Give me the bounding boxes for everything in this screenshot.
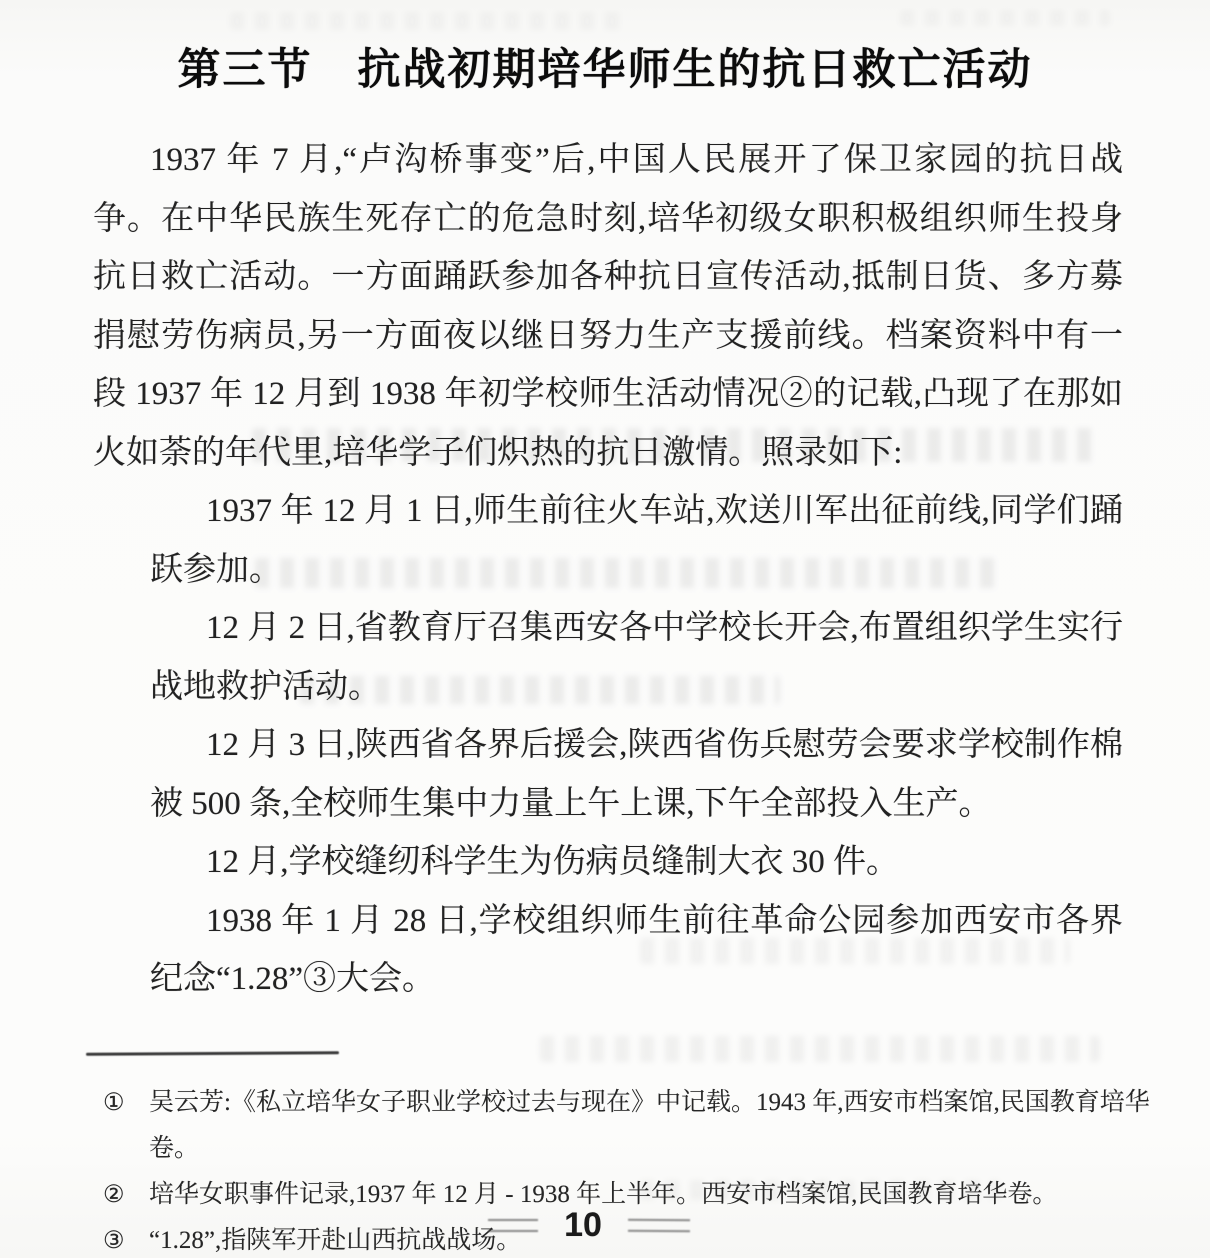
bleed-through-artifact bbox=[540, 1036, 1100, 1062]
page-number-ornament-right bbox=[628, 1219, 690, 1232]
footnote-1: ① 吴云芳:《私立培华女子职业学校过去与现在》中记载。1943 年,西安市档案馆… bbox=[103, 1080, 1153, 1172]
intro-paragraph: 1937 年 7 月,“卢沟桥事变”后,中国人民展开了保卫家园的抗日战争。在中华… bbox=[93, 131, 1123, 482]
scanned-book-page: 第三节 抗战初期培华师生的抗日救亡活动 1937 年 7 月,“卢沟桥事变”后,… bbox=[0, 0, 1210, 1258]
footnote-marker-1: ① bbox=[103, 1080, 149, 1126]
record-paragraph-3: 12 月 3 日,陕西省各界后援会,陕西省伤兵慰劳会要求学校制作棉被 500 条… bbox=[150, 716, 1123, 833]
footnote-text-1: 吴云芳:《私立培华女子职业学校过去与现在》中记载。1943 年,西安市档案馆,民… bbox=[149, 1080, 1153, 1172]
page-footer: 10 bbox=[0, 1206, 1194, 1245]
record-paragraph-2: 12 月 2 日,省教育厅召集西安各中学校长开会,布置组织学生实行战地救护活动。 bbox=[150, 599, 1123, 716]
bleed-through-artifact bbox=[230, 12, 630, 30]
bleed-through-artifact bbox=[900, 10, 1110, 26]
record-paragraph-1: 1937 年 12 月 1 日,师生前往火车站,欢送川军出征前线,同学们踊跃参加… bbox=[150, 482, 1123, 599]
page-number-ornament-left bbox=[488, 1219, 538, 1232]
record-paragraph-4: 12 月,学校缝纫科学生为伤病员缝制大衣 30 件。 bbox=[150, 833, 1123, 892]
record-paragraph-5: 1938 年 1 月 28 日,学校组织师生前往革命公园参加西安市各界纪念“1.… bbox=[150, 892, 1123, 1009]
footnote-separator bbox=[86, 1051, 339, 1056]
page-number: 10 bbox=[564, 1206, 602, 1245]
section-title: 第三节 抗战初期培华师生的抗日救亡活动 bbox=[0, 36, 1210, 97]
body-text: 1937 年 7 月,“卢沟桥事变”后,中国人民展开了保卫家园的抗日战争。在中华… bbox=[93, 131, 1123, 1009]
